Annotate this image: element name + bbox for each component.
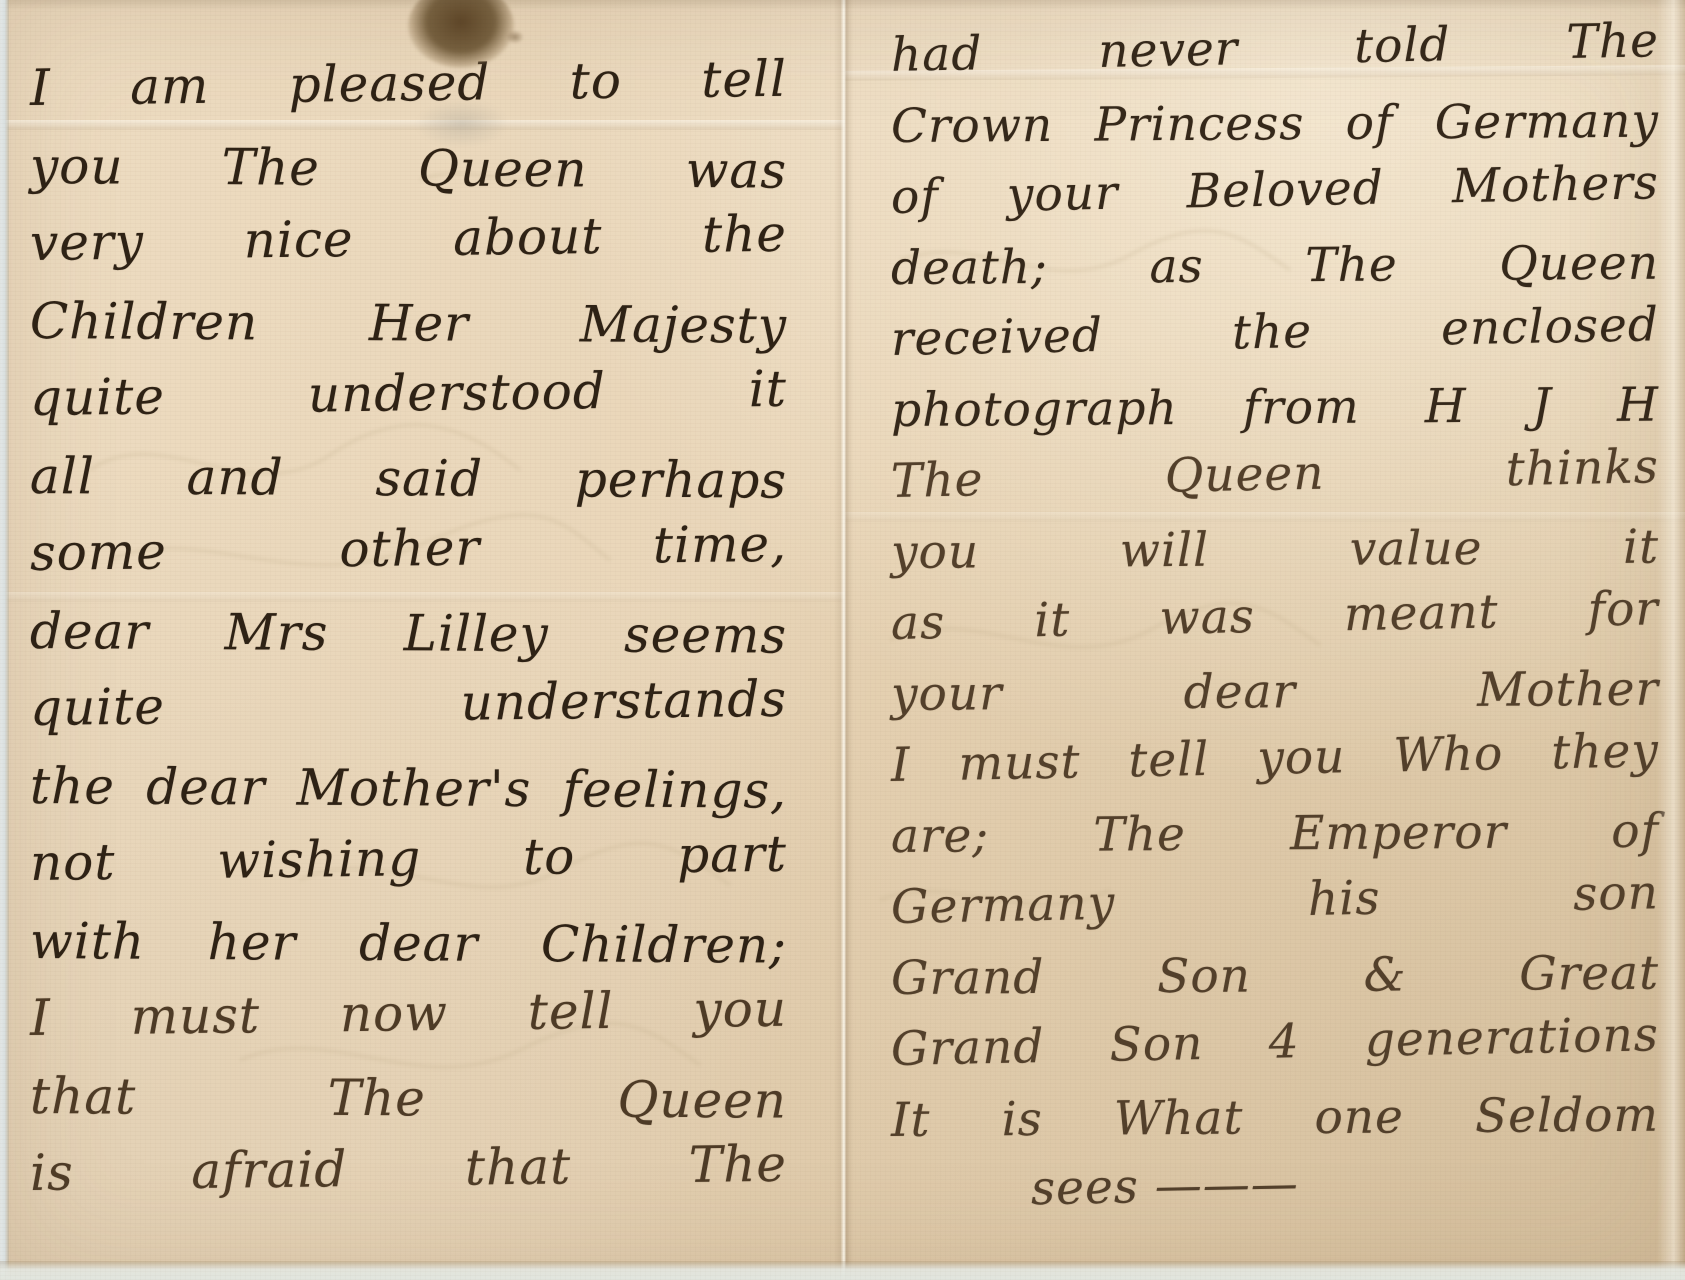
handwritten-line: received the enclosed <box>890 289 1659 375</box>
handwritten-line: not wishing to part <box>30 816 788 903</box>
handwritten-line: Grand Son 4 generations <box>890 999 1659 1085</box>
handwritten-line: had never told The <box>890 5 1659 91</box>
handwritten-line: sees ——— <box>890 1141 1659 1227</box>
handwritten-line: I must now tell you <box>30 971 788 1058</box>
handwritten-line: I must tell you Who they <box>890 715 1659 801</box>
handwritten-line: I am pleased to tell <box>30 41 788 128</box>
letter-page-right: had never told The Crown Princess of Ger… <box>845 0 1685 1280</box>
handwritten-line: some other time, <box>30 506 788 593</box>
handwritten-line: of your Beloved Mothers <box>890 147 1659 233</box>
handwritten-line: very nice about the <box>30 196 788 283</box>
letter-page-left: I am pleased to tell you The Queen was v… <box>0 0 845 1280</box>
handwritten-line: as it was meant for <box>890 573 1659 659</box>
handwritten-line: Germany his son <box>890 857 1659 943</box>
handwritten-line: is afraid that The <box>30 1126 788 1213</box>
letter-spread: I am pleased to tell you The Queen was v… <box>0 0 1685 1280</box>
handwritten-line: quite understands <box>30 661 788 748</box>
handwritten-line: The Queen thinks <box>890 431 1659 517</box>
handwritten-line: quite understood it <box>30 351 788 438</box>
